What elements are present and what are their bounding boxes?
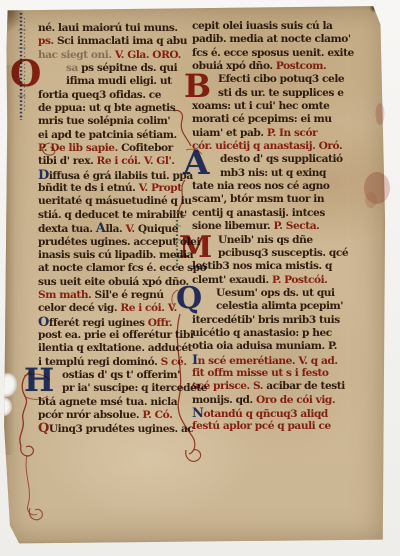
- decorated-initial-B: B: [184, 70, 211, 102]
- text-run: pcór nrór absolue.: [38, 409, 142, 421]
- text-run: Uinq3 prudétes ugines. ac: [49, 423, 194, 435]
- text-run: lla.: [105, 223, 125, 235]
- text-run: V. Gla. ORO.: [115, 49, 181, 61]
- text-run: ueritaté q másuetudiné q iu: [38, 195, 192, 207]
- text-run: padib. media at nocte clamo': [192, 33, 351, 45]
- text-run: Oro de cói vig.: [256, 394, 335, 406]
- text-run: celestia alimta pcepim': [216, 300, 343, 312]
- text-line: ei apd te patcinia sétiam.: [38, 129, 207, 142]
- text-run: cór. uicétij q anastasij. Oró.: [192, 140, 342, 152]
- text-line: btá agnete msé tua. nicla: [38, 396, 207, 409]
- text-run: desto d' qs supplicatió: [220, 153, 343, 165]
- text-run: fit offm misse ut s i festo: [192, 367, 329, 379]
- text-line: uicétio q anastasio: p hec: [192, 327, 354, 340]
- text-line: ps. Sci inmaclati ima q abu: [38, 35, 207, 48]
- text-line: festú aplor pcé q pauli ce: [192, 420, 354, 433]
- text-run: Uesum' ops ds. ut qui: [216, 287, 335, 299]
- text-line: monijs. qd. Oro de cói vig.: [192, 394, 354, 407]
- text-line: pcibusq3 susceptis. qcé: [192, 247, 354, 260]
- text-run: dexta tua.: [38, 223, 96, 235]
- stain-top-left-corner: [0, 0, 25, 33]
- text-line: Notandú q qñcuq3 aliqd: [192, 407, 354, 420]
- text-run: Q: [38, 421, 49, 436]
- text-run: centij q anastasij. intces: [192, 207, 325, 219]
- text-line: centij q anastasij. intces: [192, 207, 354, 220]
- text-run: uicétio q anastasio: p hec: [192, 327, 332, 339]
- text-run: acibar de testi: [266, 380, 344, 392]
- text-line: sa ps sépitne ds. qui: [38, 62, 207, 75]
- text-line: desto d' qs supplicatió: [192, 153, 354, 166]
- text-line: scé prisce. S. acibar de testi: [192, 380, 354, 393]
- text-run: Quique: [138, 223, 178, 235]
- text-run: P. De lib sapie.: [38, 142, 121, 154]
- text-run: Cofitebor: [121, 142, 173, 154]
- text-line: In scé emerétiane. V. q ad.: [192, 354, 354, 367]
- text-run: scam', btór msm tuor in: [192, 193, 324, 205]
- text-run: sti ds ur. te supplices e: [218, 87, 344, 99]
- text-run: P. In scór: [267, 127, 318, 139]
- text-line: otia oia aduisa muniam. P.: [192, 340, 354, 353]
- text-run: ostias d' qs t' offerim': [62, 369, 180, 381]
- text-run: xoams: ut i cui' hec omte: [192, 100, 329, 112]
- text-run: scé prisce. S.: [192, 380, 266, 392]
- text-run: Re i cói. V. Gl'.: [97, 155, 175, 167]
- text-line: tate nia reos nos cé agno: [192, 180, 354, 193]
- text-run: morati cé pcepims: ei mu: [192, 113, 332, 125]
- text-run: post ea. prie ei offerétur tibi: [38, 329, 193, 341]
- text-run: hac siegt oni.: [38, 49, 115, 61]
- text-column-right: cepit olei iuasis suis cú lapadib. media…: [192, 20, 354, 434]
- text-line: scam', btór msm tuor in: [192, 193, 354, 206]
- text-run: monijs. qd.: [192, 394, 256, 406]
- text-line: morati cé pcepims: ei mu: [192, 113, 354, 126]
- text-line: de ppua: ut q bte agnetis: [38, 102, 207, 115]
- text-line: padib. media at nocte clamo': [192, 33, 354, 46]
- text-run: ps.: [38, 35, 57, 47]
- text-line: Offerét regi ugines Offr.: [38, 316, 207, 329]
- text-run: sus ueit eite obuiá xpó dño.: [38, 276, 189, 288]
- text-run: celor decé vig.: [38, 302, 120, 314]
- text-line: pr ia' suscipe: q itercedéte: [38, 382, 207, 395]
- text-line: sti ds ur. te supplices e: [192, 87, 354, 100]
- text-line: fit offm misse ut s i festo: [192, 367, 354, 380]
- text-line: ilentia q exltatione. adducét': [38, 342, 207, 355]
- text-run: pr ia' suscipe: q itercedéte: [62, 382, 207, 394]
- text-run: P. Postcói.: [272, 274, 327, 286]
- text-run: O: [38, 315, 49, 330]
- text-run: ifima mudi eligi. ut: [66, 75, 172, 87]
- text-line: QUinq3 prudétes ugines. ac: [38, 422, 207, 435]
- text-line: né. laui maiorú tui muns.: [38, 22, 207, 35]
- text-run: A: [96, 221, 106, 236]
- text-run: mris tue solépnia colim': [38, 115, 170, 127]
- text-line: ifima mudi eligi. ut: [38, 75, 207, 88]
- decorated-initial-M: M: [179, 233, 212, 263]
- text-line: post ea. prie ei offerétur tibi: [38, 329, 207, 342]
- decorated-initial-Q: Q: [176, 284, 202, 314]
- decorated-initial-O: O: [10, 56, 41, 92]
- text-run: D: [38, 168, 49, 183]
- text-run: cepit olei iuasis suis cú la: [192, 20, 332, 32]
- text-run: stiá. q deducet te mirabilit': [38, 209, 187, 221]
- text-run: uiam' et pab.: [192, 127, 267, 139]
- text-run: ilentia q exltatione. adducét': [38, 342, 195, 354]
- text-line: P. De lib sapie. Cofitebor: [38, 142, 207, 155]
- text-run: N: [192, 406, 203, 421]
- text-line: bñdit te ds i etnú. V. Propt: [38, 182, 207, 195]
- text-line: fortia queq3 ofidas. ce: [38, 89, 207, 102]
- worm-hole: [0, 396, 13, 417]
- text-line: lestib3 nos mica mistis. q: [192, 260, 354, 273]
- text-line: cepit olei iuasis suis cú la: [192, 20, 354, 33]
- text-line: itercedétib' bris mrib3 tuis: [192, 314, 354, 327]
- text-run: inasis suis cú lipadib. media: [38, 249, 193, 261]
- text-run: sa: [66, 62, 81, 74]
- text-line: uiam' et pab. P. In scór: [192, 127, 354, 140]
- text-line: clemt' exaudi. P. Postcói.: [192, 274, 354, 287]
- text-run: iffusa é grá ilabiis tui. ppa: [49, 170, 193, 182]
- manuscript-photo: né. laui maiorú tui muns.ps. Sci inmacla…: [0, 0, 400, 556]
- text-run: festú aplor pcé q pauli ce: [192, 420, 331, 432]
- text-run: Re i cói. V.: [120, 302, 177, 314]
- text-run: lestib3 nos mica mistis. q: [192, 260, 332, 272]
- text-run: S cé.: [161, 356, 187, 368]
- text-run: né. laui maiorú tui muns.: [38, 22, 178, 34]
- text-run: Efecti cibo potuq3 cele: [218, 73, 344, 85]
- text-line: pcór nrór absolue. P. Có.: [38, 409, 207, 422]
- text-line: fcs é. ecce sposus uenit. exite: [192, 47, 354, 60]
- text-run: ei apd te patcinia sétiam.: [38, 129, 177, 141]
- text-run: de ppua: ut q bte agnetis: [38, 102, 175, 114]
- text-run: Uneib' nis qs dñe: [218, 234, 313, 246]
- text-run: otandú q qñcuq3 aliqd: [203, 408, 327, 420]
- text-run: fortia queq3 ofidas. ce: [38, 89, 161, 101]
- text-line: ostias d' qs t' offerim': [38, 369, 207, 382]
- text-line: celestia alimta pcepim': [192, 300, 354, 313]
- text-line: stiá. q deducet te mirabilit': [38, 209, 207, 222]
- text-line: mris tue solépnia colim': [38, 115, 207, 128]
- text-run: V.: [125, 223, 137, 235]
- decorated-initial-H: H: [24, 364, 54, 396]
- text-line: i templú regi dominó. S cé.: [38, 356, 207, 369]
- text-run: Sil'e é regnú: [95, 289, 164, 301]
- text-line: Efecti cibo potuq3 cele: [192, 73, 354, 86]
- text-line: sione libemur. P. Secta.: [192, 220, 354, 233]
- text-run: i templú regi dominó.: [38, 356, 161, 368]
- text-run: Sci inmaclati ima q abu: [57, 35, 187, 47]
- text-line: cór. uicétij q anastasij. Oró.: [192, 140, 354, 153]
- text-run: tibi d' rex.: [38, 155, 97, 167]
- text-run: Postcom.: [276, 60, 326, 72]
- text-run: fcs é. ecce sposus uenit. exite: [192, 47, 354, 59]
- text-run: P. Có.: [142, 409, 172, 421]
- text-line: obuiá xpó dño. Postcom.: [192, 60, 354, 73]
- text-run: mb3 nis: ut q exinq: [220, 167, 326, 179]
- decorated-initial-A: A: [183, 146, 209, 180]
- text-line: Uneib' nis qs dñe: [192, 234, 354, 247]
- text-line: hac siegt oni. V. Gla. ORO.: [38, 49, 207, 62]
- text-line: mb3 nis: ut q exinq: [192, 167, 354, 180]
- worm-hole: [0, 371, 19, 399]
- text-run: otia oia aduisa muniam. P.: [192, 340, 337, 352]
- text-run: clemt' exaudi.: [192, 274, 272, 286]
- text-run: itercedétib' bris mrib3 tuis: [192, 314, 340, 326]
- text-line: tibi d' rex. Re i cói. V. Gl'.: [38, 155, 207, 168]
- text-line: ueritaté q másuetudiné q iu: [38, 195, 207, 208]
- stain-top-right-notch: [369, 3, 379, 13]
- text-run: pcibusq3 susceptis. qcé: [218, 247, 348, 259]
- text-run: V. Propt: [139, 182, 182, 194]
- text-run: n scé emerétiane. V. q ad.: [198, 355, 338, 367]
- text-run: btá agnete msé tua. nicla: [38, 396, 177, 408]
- text-run: fferét regi ugines: [49, 317, 148, 329]
- text-run: P. Secta.: [274, 220, 320, 232]
- text-run: Sm math.: [38, 289, 95, 301]
- text-run: prudétes ugines. acceput olei: [38, 236, 200, 248]
- text-column-left: né. laui maiorú tui muns.ps. Sci inmacla…: [38, 22, 207, 436]
- text-run: Offr.: [148, 317, 172, 329]
- text-line: xoams: ut i cui' hec omte: [192, 100, 354, 113]
- text-line: Diffusa é grá ilabiis tui. ppa: [38, 169, 207, 182]
- text-run: tate nia reos nos cé agno: [192, 180, 330, 192]
- text-run: ps sépitne ds. qui: [81, 62, 177, 74]
- text-line: Uesum' ops ds. ut qui: [192, 287, 354, 300]
- text-run: bñdit te ds i etnú.: [38, 182, 139, 194]
